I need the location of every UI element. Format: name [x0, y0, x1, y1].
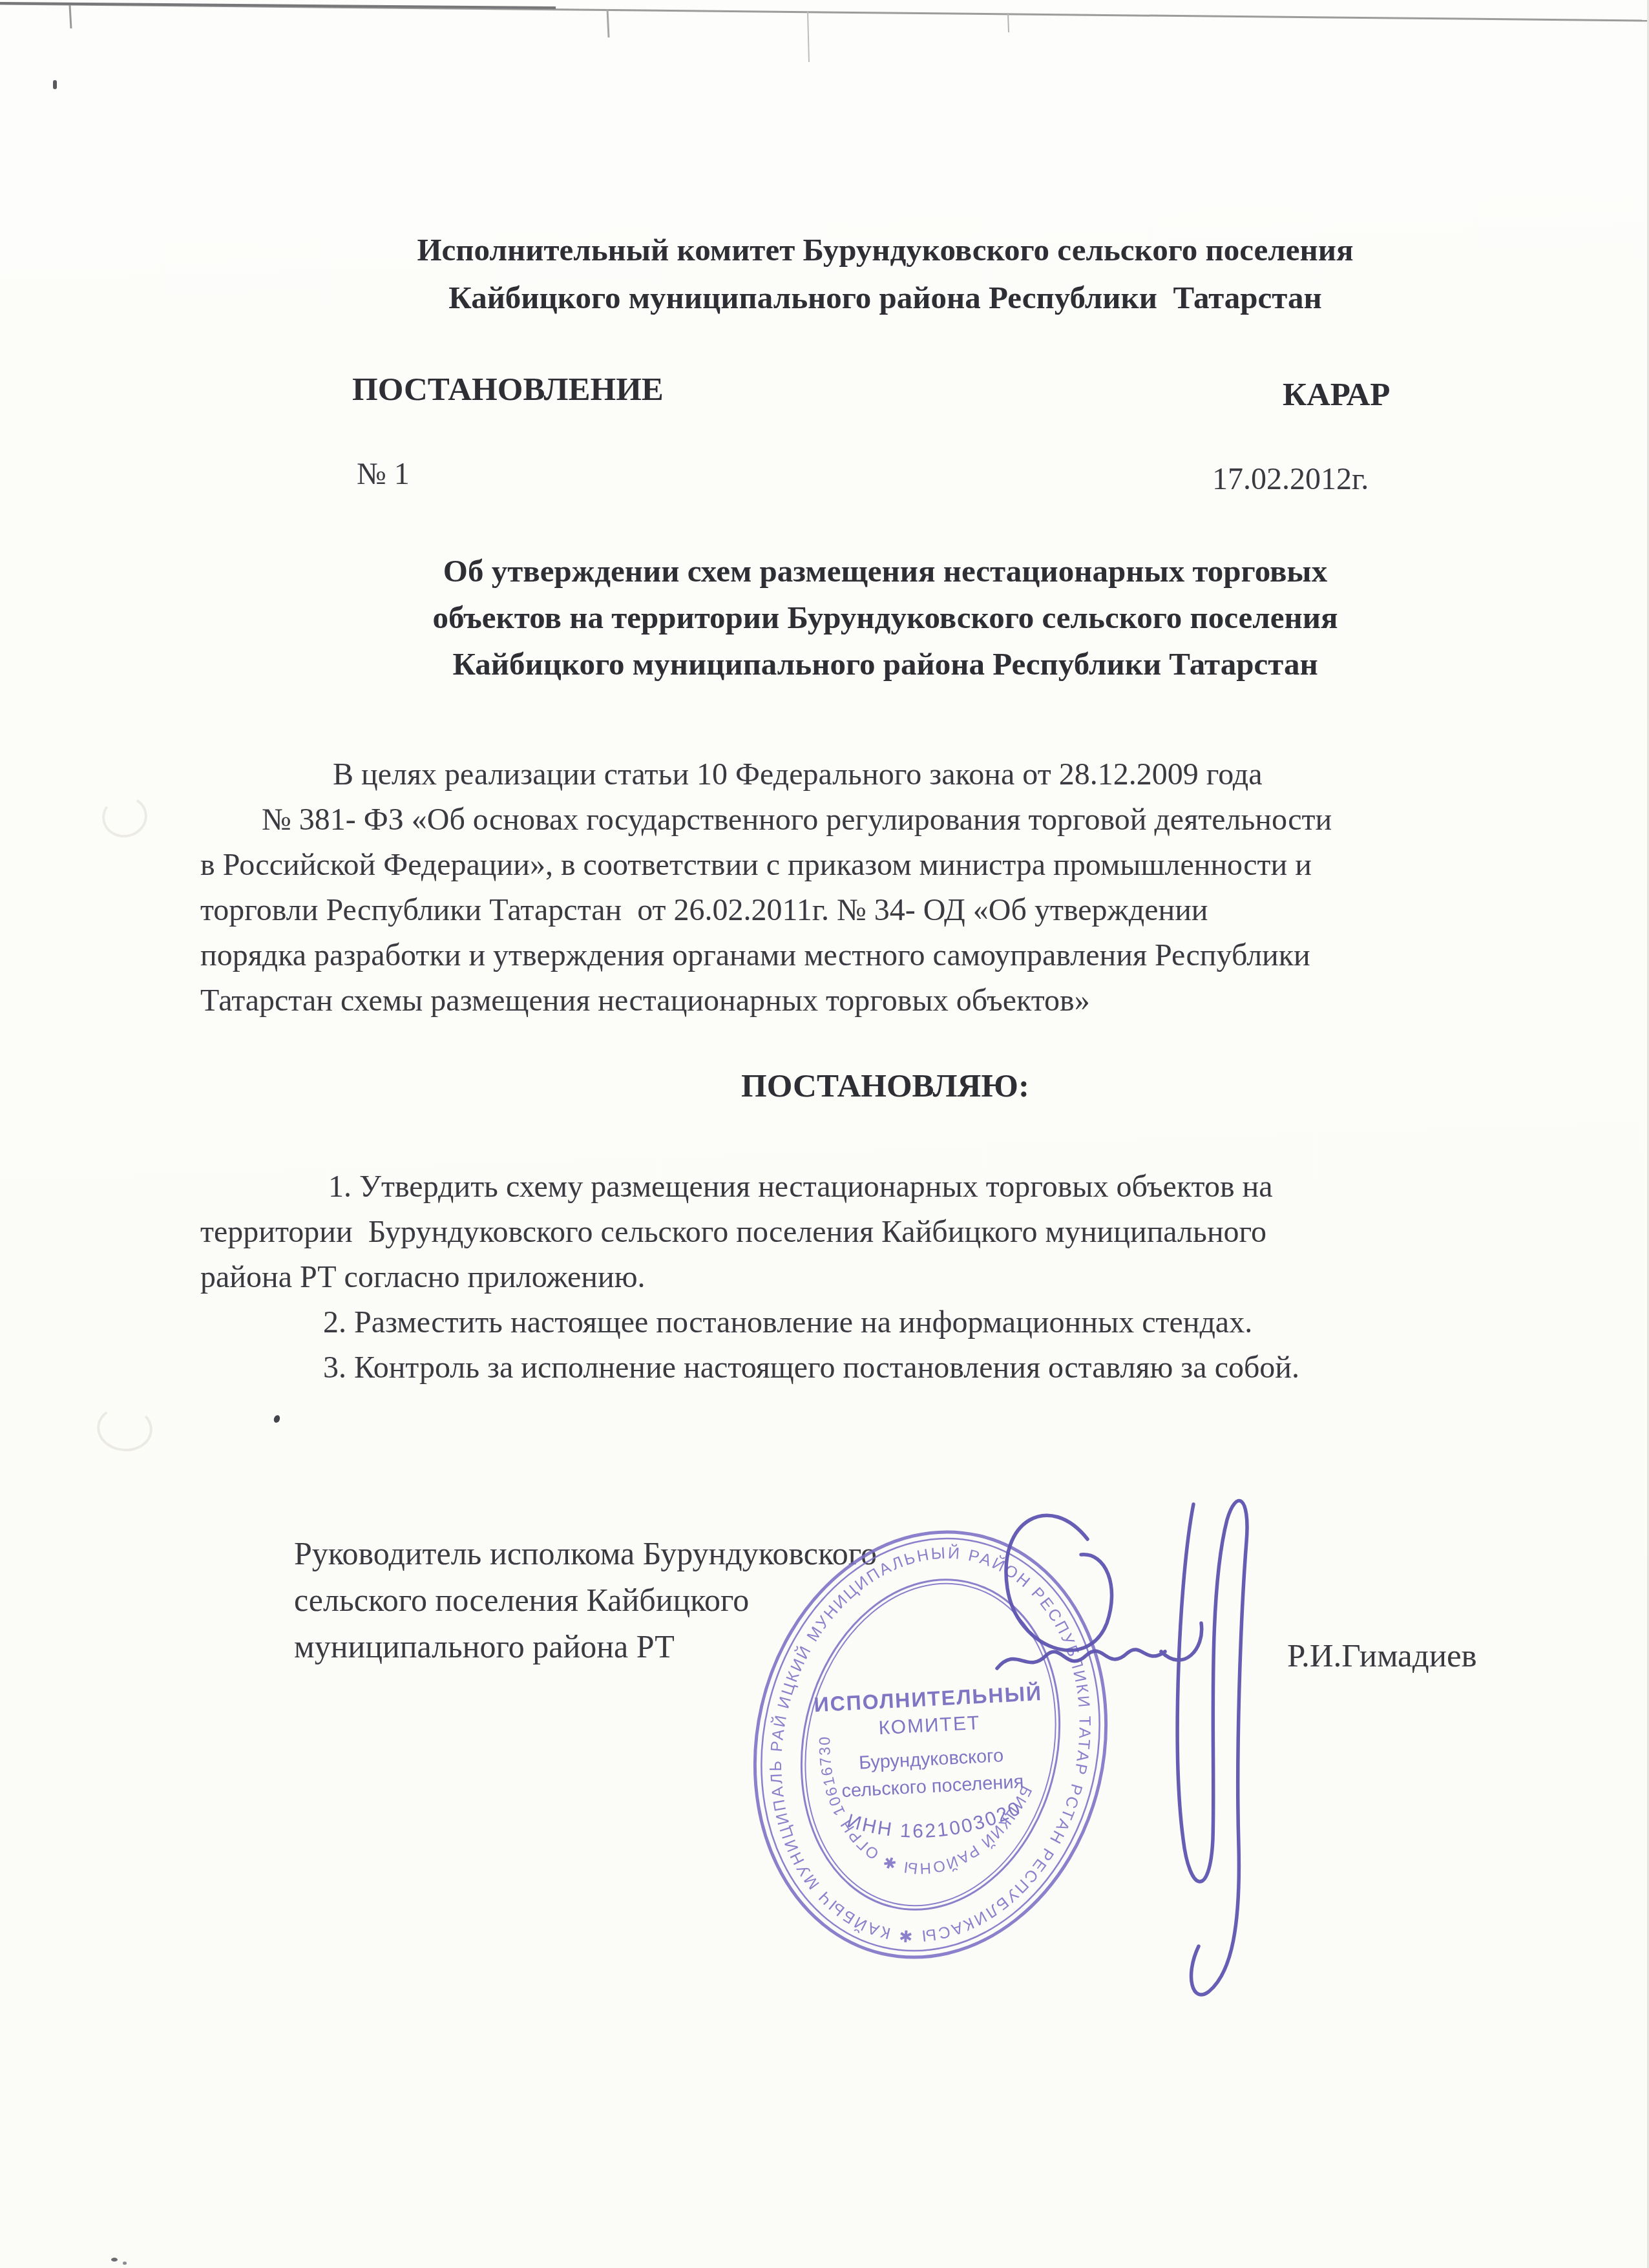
stamp-center-line4: сельского поселения: [841, 1772, 1024, 1802]
stamp-center-line2: КОМИТЕТ: [878, 1712, 981, 1739]
org-name-line1: Исполнительный комитет Бурундуковского с…: [220, 230, 1551, 270]
doc-type-tatar: КАРАР: [1283, 376, 1390, 414]
stamp-inn-text: ИНН 1621003020: [843, 1797, 1026, 1847]
official-stamp: КАЙБИЦКИЙ МУНИЦИПАЛЬНЫЙ РАЙОН РЕСПУБЛИКИ…: [737, 1512, 1124, 1977]
subject-title-line3: Кайбицкого муниципального района Республ…: [362, 644, 1409, 685]
signature-title-line: сельского поселения Кайбицкого: [294, 1579, 749, 1621]
doc-type-russian: ПОСТАНОВЛЕНИЕ: [352, 371, 664, 408]
svg-text:ТАТАРСТАН РЕСПУБЛИКАСЫ ✱ КАЙБЫ: ТАТАРСТАН РЕСПУБЛИКАСЫ ✱ КАЙБЫЧ МУНИЦИПА…: [737, 1512, 1124, 1977]
signer-name: Р.И.Гимадиев: [1287, 1637, 1477, 1675]
stamp-center-line1: ИСПОЛНИТЕЛЬНЫЙ: [814, 1681, 1043, 1716]
ink-speck: [273, 1414, 281, 1423]
resolution-item: района РТ согласно приложению.: [200, 1257, 646, 1297]
preamble-line: порядка разработки и утверждения органам…: [200, 936, 1310, 976]
resolution-item: территории Бурундуковского сельского пос…: [200, 1212, 1266, 1252]
org-name-line2: Кайбицкого муниципального района Республ…: [220, 278, 1551, 318]
scanned-decree-page: Исполнительный комитет Бурундуковского с…: [0, 0, 1649, 2268]
ink-speck: [111, 2258, 118, 2262]
scan-edge-line: [0, 0, 1649, 78]
subject-title-line1: Об утверждении схем размещения нестацион…: [362, 551, 1409, 592]
resolution-item: 3. Контроль за исполнение настоящего пос…: [323, 1348, 1299, 1388]
signature-title-line: муниципального района РТ: [294, 1626, 675, 1667]
resolution-item: 2. Разместить настоящее постановление на…: [323, 1303, 1252, 1343]
doc-number: № 1: [357, 456, 410, 492]
handwritten-signature: [979, 1480, 1302, 2022]
emboss-mark: [95, 1403, 155, 1454]
preamble-line: В целях реализации статьи 10 Федеральног…: [333, 755, 1263, 795]
resolution-word: ПОСТАНОВЛЯЮ:: [362, 1067, 1409, 1105]
preamble-line: Татарстан схемы размещения нестационарны…: [200, 981, 1090, 1021]
subject-title-line2: объектов на территории Бурундуковского с…: [362, 597, 1409, 638]
stamp-ring-text-bottom: ТАТАРСТАН РЕСПУБЛИКАСЫ ✱ КАЙБЫЧ МУНИЦИПА…: [737, 1512, 1124, 1977]
signature-title-line: Руководитель исполкома Бурундуковского: [294, 1533, 877, 1574]
preamble-line: торговли Республики Татарстан от 26.02.2…: [200, 890, 1208, 930]
preamble-line: № 381- ФЗ «Об основах государственного р…: [262, 800, 1332, 840]
ink-speck: [123, 2262, 127, 2265]
emboss-mark: [98, 792, 151, 841]
ink-speck: [53, 80, 57, 89]
preamble-line: в Российской Федерации», в соответствии …: [200, 845, 1312, 885]
svg-text:ИНН 1621003020: ИНН 1621003020: [843, 1797, 1026, 1847]
stamp-center-line3: Бурундуковского: [858, 1745, 1004, 1774]
resolution-item: 1. Утвердить схему размещения нестациона…: [328, 1167, 1273, 1207]
doc-date: 17.02.2012г.: [1212, 461, 1369, 497]
